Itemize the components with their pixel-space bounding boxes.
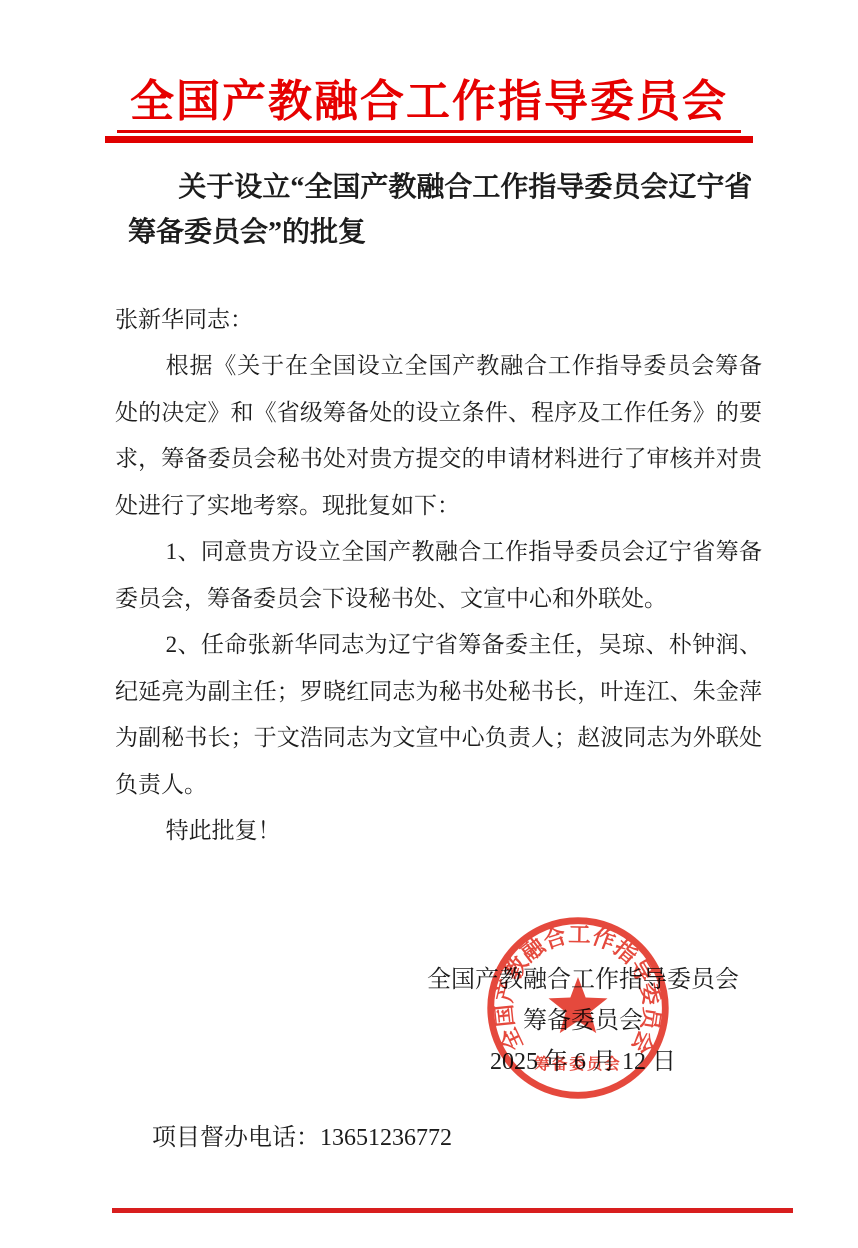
letterhead: 全国产教融合工作指导委员会 [0,80,858,143]
signature-org-line1: 全国产教融合工作指导委员会 [418,960,748,1001]
body-paragraph-2: 1、同意贵方设立全国产教融合工作指导委员会辽宁省筹备委员会，筹备委员会下设秘书处… [0,529,858,622]
signature-block: 全国产教融合工作指导委员会 筹备委员会 2025 年 6 月 12 日 [418,960,748,1083]
signature-date: 2025 年 6 月 12 日 [418,1042,748,1083]
document-page: 全国产教融合工作指导委员会 关于设立“全国产教融合工作指导委员会辽宁省筹备委员会… [0,0,858,1248]
footer-phone: 项目督办电话：13651236772 [0,1123,858,1153]
body-paragraph-1: 根据《关于在全国设立全国产教融合工作指导委员会筹备处的决定》和《省级筹备处的设立… [0,343,858,529]
signature-org-line2: 筹备委员会 [418,1001,748,1042]
letterhead-rule-thick [105,136,753,143]
letterhead-title: 全国产教融合工作指导委员会 [48,80,810,124]
letterhead-rule-thin [117,130,741,133]
body-paragraph-3: 2、任命张新华同志为辽宁省筹备委主任，吴琼、朴钟润、纪延亮为副主任；罗晓红同志为… [0,622,858,808]
closing-phrase: 特此批复！ [0,808,858,855]
document-subject: 关于设立“全国产教融合工作指导委员会辽宁省筹备委员会”的批复 [128,165,762,255]
salutation: 张新华同志： [115,297,762,343]
footer-rule [112,1208,793,1213]
